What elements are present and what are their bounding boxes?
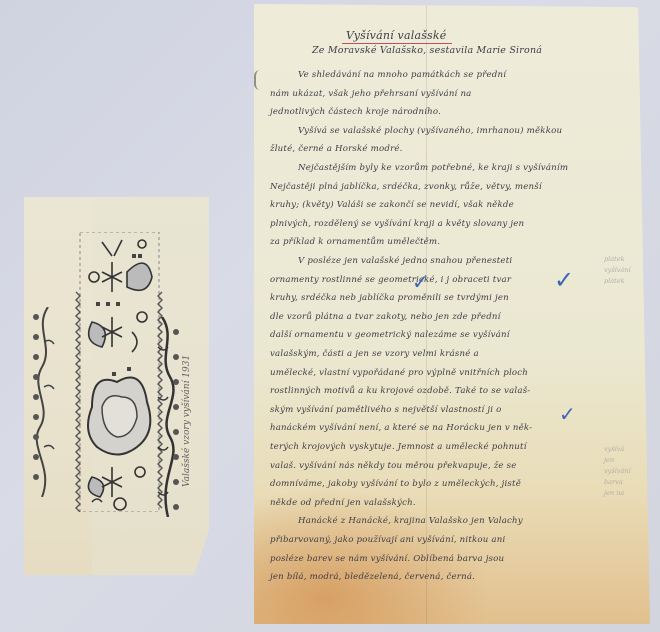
embroidery-pattern-sheet: Valašské vzory vyšívání 1931 bbox=[24, 197, 209, 575]
center-floral-band bbox=[72, 232, 167, 512]
manuscript-line: Vyšívá se valašské plochy (vyšívaného, i… bbox=[298, 126, 562, 136]
manuscript-line: Ve shledávání na mnoho památkách se před… bbox=[298, 70, 506, 80]
manuscript-line: nám ukázat, však jeho přehrsaní vyšívání… bbox=[270, 89, 472, 99]
manuscript-line: hanáckém vyšívání není, a které se na Ho… bbox=[270, 423, 532, 433]
check-mark-icon: ✓ bbox=[412, 270, 429, 294]
manuscript-line: ským vyšívání pamětlivého s největší vla… bbox=[270, 405, 501, 415]
manuscript-line: přibarvovaný, jako používají ani vyšíván… bbox=[270, 535, 505, 545]
manuscript-line: valašským, části a jen se vzory velmi kr… bbox=[270, 349, 479, 359]
manuscript-line: plnivých, rozdělený se vyšívání kraji a … bbox=[270, 219, 524, 229]
manuscript-line: dle vzorů plátna a tvar zakoty, nebo jen… bbox=[270, 312, 501, 322]
manuscript-line: rostlinných motivů a ku krojové ozdobě. … bbox=[270, 386, 530, 396]
manuscript-line: umělecké, vlastní vypořádané pro výplně … bbox=[270, 368, 528, 378]
manuscript-line: žluté, černé a Horské modré. bbox=[270, 144, 403, 154]
margin-note-lower: vyšívájenvyšíváníbarvajen na bbox=[604, 444, 650, 499]
manuscript-line: valaš. vyšívání nás někdy tou měrou přek… bbox=[270, 461, 517, 471]
right-floral-border bbox=[154, 317, 182, 517]
margin-note-upper: plátekvyšíváníplátek bbox=[604, 254, 650, 287]
manuscript-line: kruhy, srdéčka neb jablíčka proměnili se… bbox=[270, 293, 509, 303]
manuscript-line: domníváme, jakoby vyšívání to bylo z umě… bbox=[270, 479, 521, 489]
check-mark-icon: ✓ bbox=[554, 266, 574, 294]
manuscript-line: terých krojových vyskytuje. Jemnost a um… bbox=[270, 442, 527, 452]
manuscript-line: ornamenty rostlinné se geometrické, i j … bbox=[270, 275, 511, 285]
manuscript-line: Hanácké z Hanácké, krajina Valašsko jen … bbox=[298, 516, 523, 526]
manuscript-subtitle: Ze Moravské Valašsko, sestavila Marie Si… bbox=[312, 45, 542, 56]
handwritten-manuscript-page: Vyšívání valašské Ze Moravské Valašsko, … bbox=[254, 4, 650, 624]
left-floral-border bbox=[30, 307, 56, 497]
manuscript-line: posléze barev se nám vyšívání. Oblíbená … bbox=[270, 554, 504, 564]
manuscript-line: Nejčastěji plná jablíčka, srdéčka, zvonk… bbox=[270, 182, 542, 192]
manuscript-line: jen bílá, modrá, bledězelená, červená, č… bbox=[270, 572, 475, 582]
manuscript-line: jednotlivých částech kroje národního. bbox=[270, 107, 441, 117]
manuscript-line: někde od přední jen valašských. bbox=[270, 498, 416, 508]
manuscript-title: Vyšívání valašské bbox=[346, 29, 446, 42]
pattern-caption: Valašské vzory vyšívání 1931 bbox=[182, 317, 202, 487]
manuscript-line: za příklad k ornamentům umělečtěm. bbox=[270, 237, 440, 247]
paper-clip-mark bbox=[254, 70, 262, 90]
manuscript-line: další ornamentu v geometrický nalezáme s… bbox=[270, 330, 510, 340]
manuscript-line: Nejčastějším byly ke vzorům potřebné, ke… bbox=[298, 163, 568, 173]
manuscript-line: V posléze jen valašské jedno snahou přen… bbox=[298, 256, 512, 266]
check-mark-icon: ✓ bbox=[559, 402, 576, 426]
manuscript-line: kruhy; (květy) Valáši se zakončí se nevi… bbox=[270, 200, 514, 210]
